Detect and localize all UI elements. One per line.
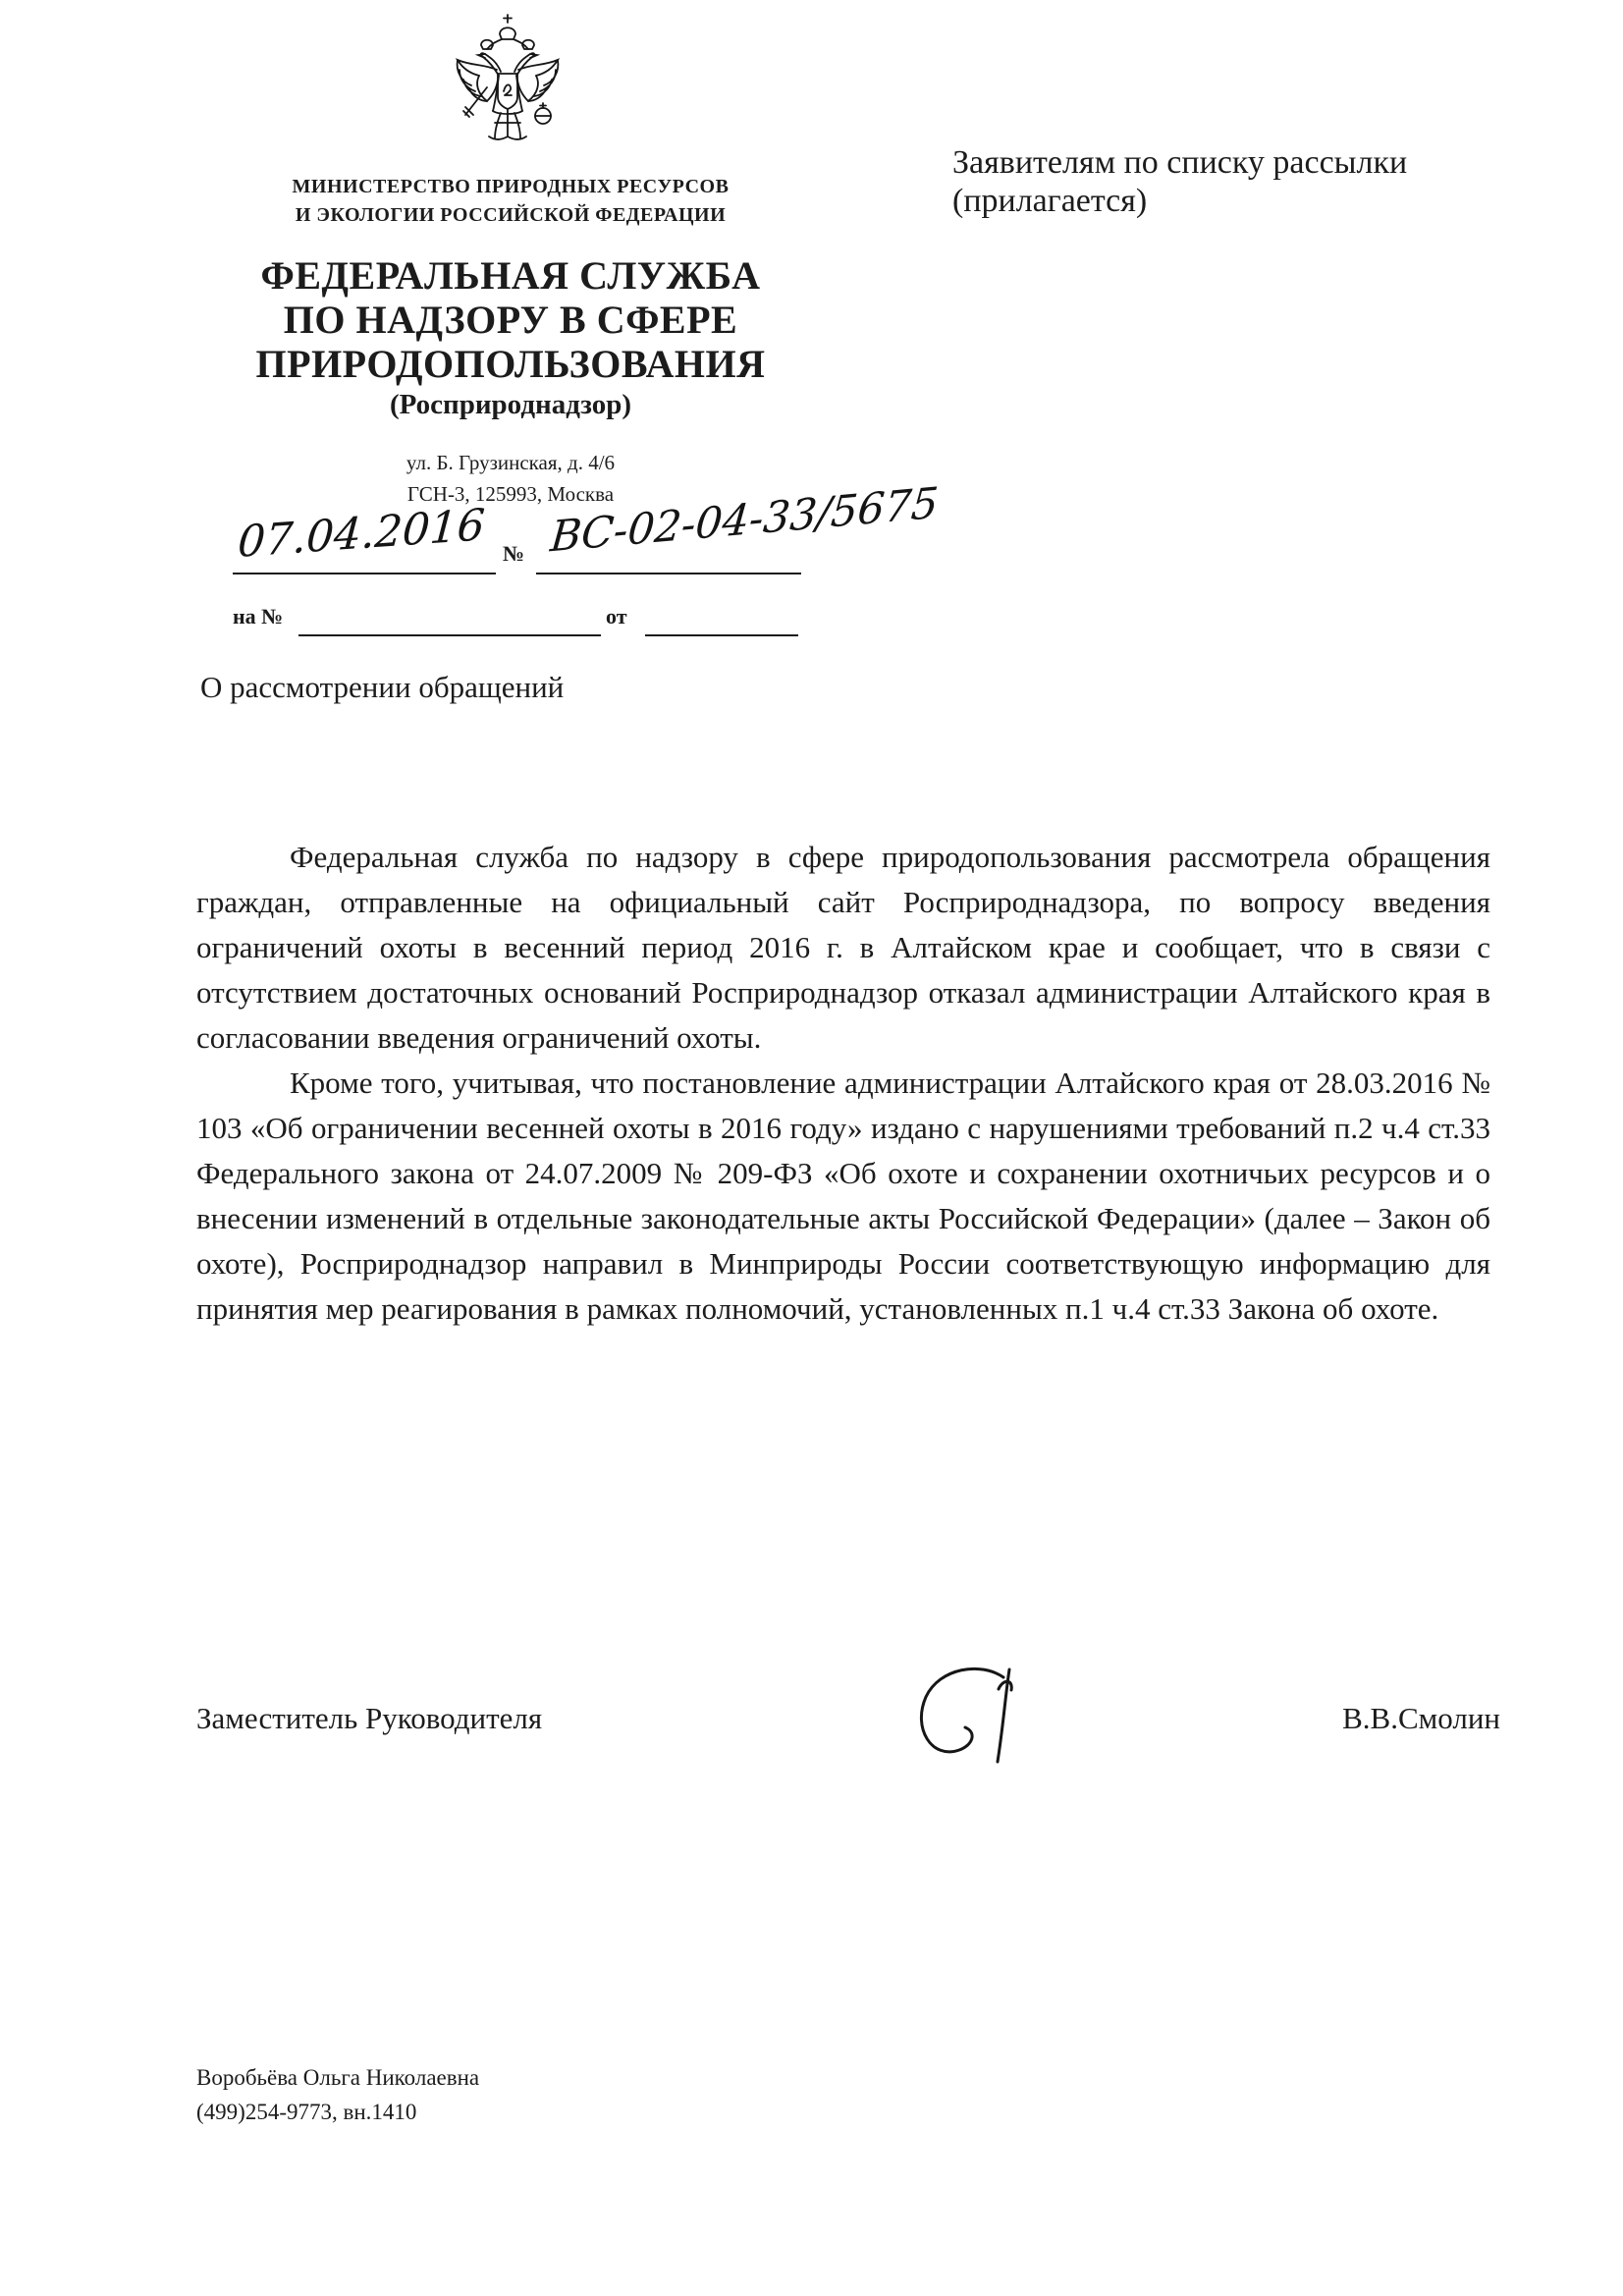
reply-from-label: от: [606, 604, 627, 629]
signature-mark: [908, 1662, 1041, 1770]
double-headed-eagle-icon: [444, 12, 571, 151]
number-sign-label: №: [503, 541, 524, 567]
body-paragraph-2: Кроме того, учитывая, что постановление …: [196, 1061, 1490, 1332]
recipient-line-1: Заявителям по списку рассылки: [952, 143, 1502, 182]
agency-name: ФЕДЕРАЛЬНАЯ СЛУЖБА ПО НАДЗОРУ В СФЕРЕ ПР…: [147, 253, 874, 386]
executor-block: Воробьёва Ольга Николаевна (499)254-9773…: [196, 2060, 479, 2129]
ministry-name: МИНИСТЕРСТВО ПРИРОДНЫХ РЕСУРСОВ И ЭКОЛОГ…: [147, 173, 874, 230]
subject-line: О рассмотрении обращений: [200, 670, 564, 705]
agency-line-1: ФЕДЕРАЛЬНАЯ СЛУЖБА: [147, 253, 874, 298]
executor-name: Воробьёва Ольга Николаевна: [196, 2060, 479, 2095]
number-underline: [536, 573, 801, 574]
signer-name: В.В.Смолин: [1176, 1701, 1500, 1736]
agency-short-name: (Росприроднадзор): [147, 389, 874, 420]
agency-line-2: ПО НАДЗОРУ В СФЕРЕ: [147, 298, 874, 342]
reply-to-label: на №: [233, 604, 283, 629]
scanned-letter-page: МИНИСТЕРСТВО ПРИРОДНЫХ РЕСУРСОВ И ЭКОЛОГ…: [0, 0, 1623, 2296]
reply-number-underline: [298, 634, 601, 636]
recipient-line-2: (прилагается): [952, 182, 1502, 220]
ministry-line-1: МИНИСТЕРСТВО ПРИРОДНЫХ РЕСУРСОВ: [147, 173, 874, 201]
letter-body: Федеральная служба по надзору в сфере пр…: [196, 835, 1490, 1332]
ministry-line-2: И ЭКОЛОГИИ РОССИЙСКОЙ ФЕДЕРАЦИИ: [147, 201, 874, 230]
coat-of-arms-emblem: [444, 12, 571, 151]
executor-phone: (499)254-9773, вн.1410: [196, 2095, 479, 2129]
address-line-1: ул. Б. Грузинская, д. 4/6: [147, 447, 874, 478]
date-underline: [233, 573, 496, 574]
agency-line-3: ПРИРОДОПОЛЬЗОВАНИЯ: [147, 342, 874, 386]
outgoing-date-handwritten: 07.04.2016: [237, 500, 487, 568]
signer-title: Заместитель Руководителя: [196, 1701, 542, 1736]
recipient-block: Заявителям по списку рассылки (прилагает…: [952, 143, 1502, 220]
reply-date-underline: [645, 634, 798, 636]
body-paragraph-1: Федеральная служба по надзору в сфере пр…: [196, 835, 1490, 1061]
